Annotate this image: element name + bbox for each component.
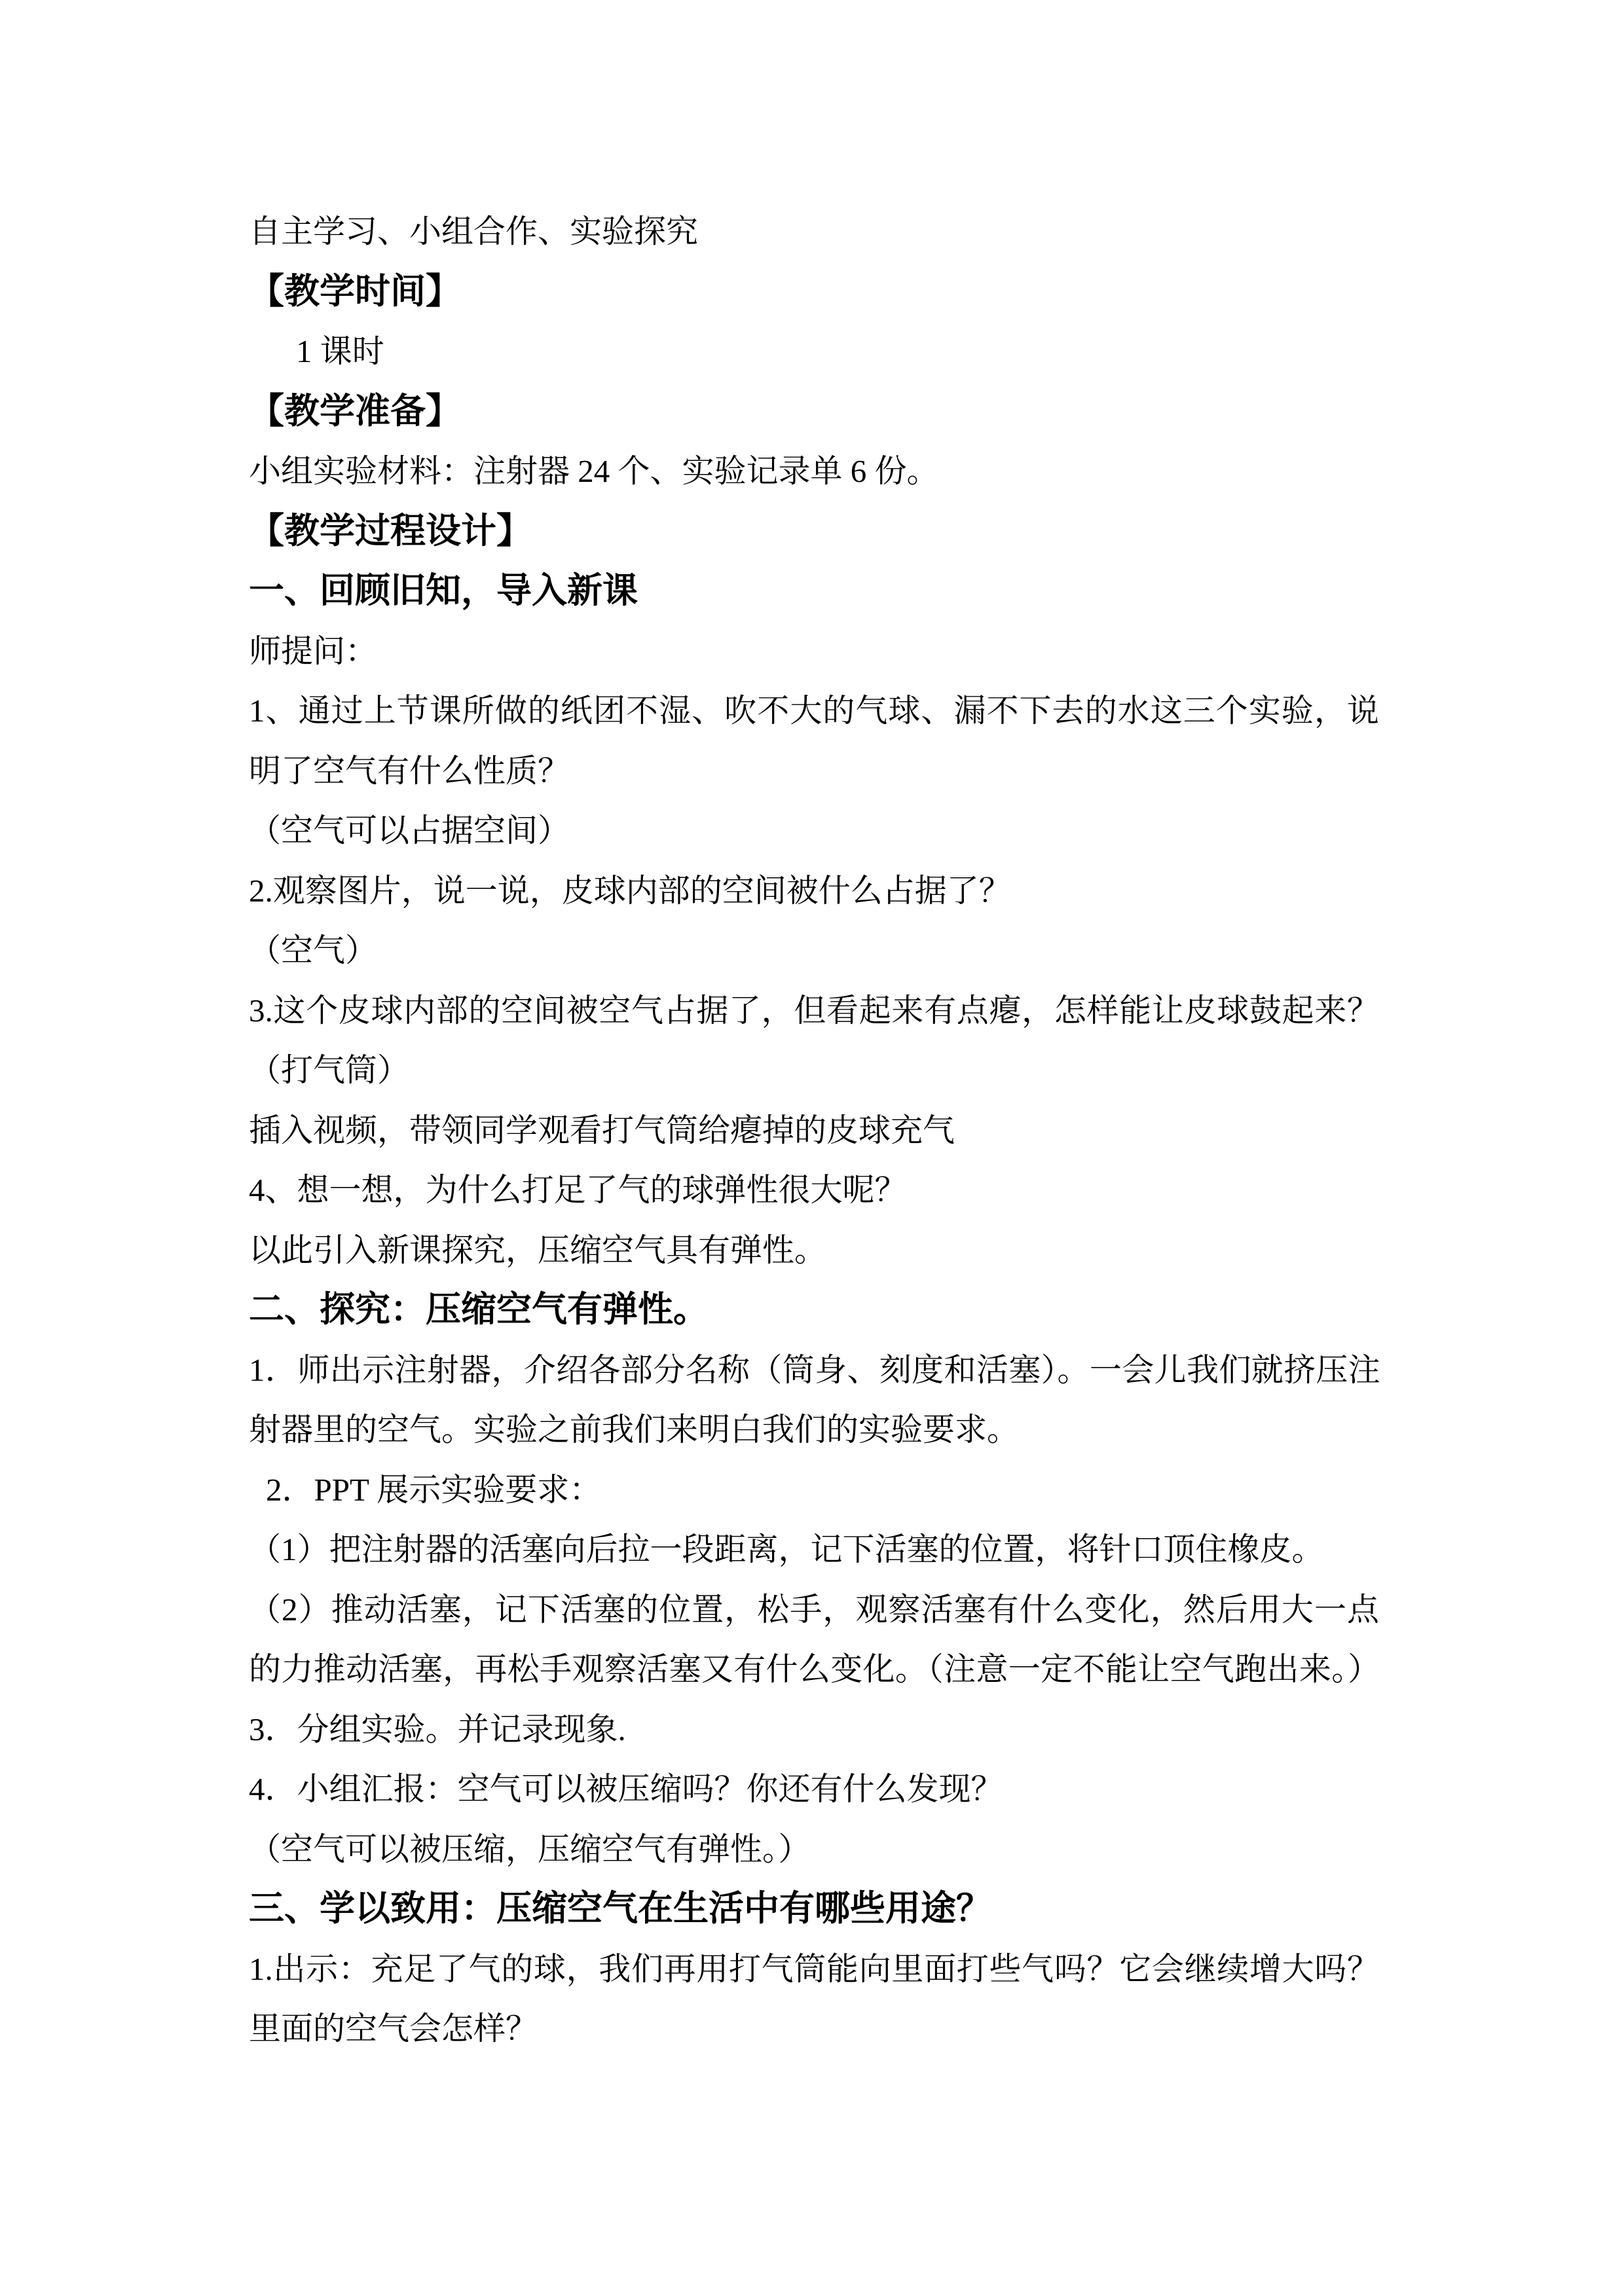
line-apply-q1-part1: 1.出示：充足了气的球，我们再用打气筒能向里面打些气吗？它会继续增大吗？ (249, 1939, 1379, 1999)
heading-section-three-apply: 三、学以致用：压缩空气在生活中有哪些用途？ (249, 1879, 1379, 1939)
document-page: 自主学习、小组合作、实验探究 【教学时间】 1 课时 【教学准备】 小组实验材料… (0, 0, 1624, 2296)
heading-teaching-preparation: 【教学准备】 (249, 382, 1379, 442)
heading-section-two-explore: 二、探究：压缩空气有弹性。 (249, 1280, 1379, 1340)
line-question1-part2: 明了空气有什么性质？ (249, 741, 1379, 801)
line-apply-q1-part2: 里面的空气会怎样？ (249, 1999, 1379, 2059)
heading-section-one-review: 一、回顾旧知，导入新课 (249, 561, 1379, 621)
document-body: 自主学习、小组合作、实验探究 【教学时间】 1 课时 【教学准备】 小组实验材料… (249, 202, 1379, 2059)
line-answer3: （打气筒） (249, 1040, 1379, 1101)
line-question4: 4、想一想，为什么打足了气的球弹性很大呢？ (249, 1160, 1379, 1220)
line-teaching-methods: 自主学习、小组合作、实验探究 (249, 202, 1379, 262)
line-answer2: （空气） (249, 920, 1379, 981)
line-question2: 2.观察图片，说一说，皮球内部的空间被什么占据了？ (249, 861, 1379, 921)
line-step1-part2: 射器里的空气。实验之前我们来明白我们的实验要求。 (249, 1400, 1379, 1460)
line-video-note: 插入视频，带领同学观看打气筒给瘪掉的皮球充气 (249, 1101, 1379, 1161)
line-step4-answer: （空气可以被压缩，压缩空气有弹性。） (249, 1819, 1379, 1880)
line-question1-part1: 1、通过上节课所做的纸团不湿、吹不大的气球、漏不下去的水这三个实验，说 (249, 681, 1379, 741)
line-step2-ppt: 2．PPT 展示实验要求： (249, 1460, 1379, 1520)
line-requirement-2-part1: （2）推动活塞，记下活塞的位置，松手，观察活塞有什么变化，然后用大一点 (249, 1580, 1379, 1640)
line-requirement-1: （1）把注射器的活塞向后拉一段距离，记下活塞的位置，将针口顶住橡皮。 (249, 1520, 1379, 1580)
line-lead-in: 以此引入新课探究，压缩空气具有弹性。 (249, 1220, 1379, 1281)
line-question3: 3.这个皮球内部的空间被空气占据了，但看起来有点瘪，怎样能让皮球鼓起来？ (249, 981, 1379, 1041)
line-class-hours: 1 课时 (249, 321, 1379, 382)
line-answer1: （空气可以占据空间） (249, 801, 1379, 861)
line-step1-part1: 1．师出示注射器，介绍各部分名称（筒身、刻度和活塞）。一会儿我们就挤压注 (249, 1340, 1379, 1400)
heading-teaching-process-design: 【教学过程设计】 (249, 501, 1379, 562)
line-step4-report: 4．小组汇报：空气可以被压缩吗？你还有什么发现？ (249, 1759, 1379, 1819)
line-group-materials: 小组实验材料：注射器 24 个、实验记录单 6 份。 (249, 441, 1379, 501)
line-step3-experiment: 3．分组实验。并记录现象. (249, 1700, 1379, 1760)
heading-teaching-time: 【教学时间】 (249, 262, 1379, 322)
line-teacher-asks: 师提问： (249, 621, 1379, 682)
line-requirement-2-part2: 的力推动活塞，再松手观察活塞又有什么变化。（注意一定不能让空气跑出来。） (249, 1639, 1379, 1700)
